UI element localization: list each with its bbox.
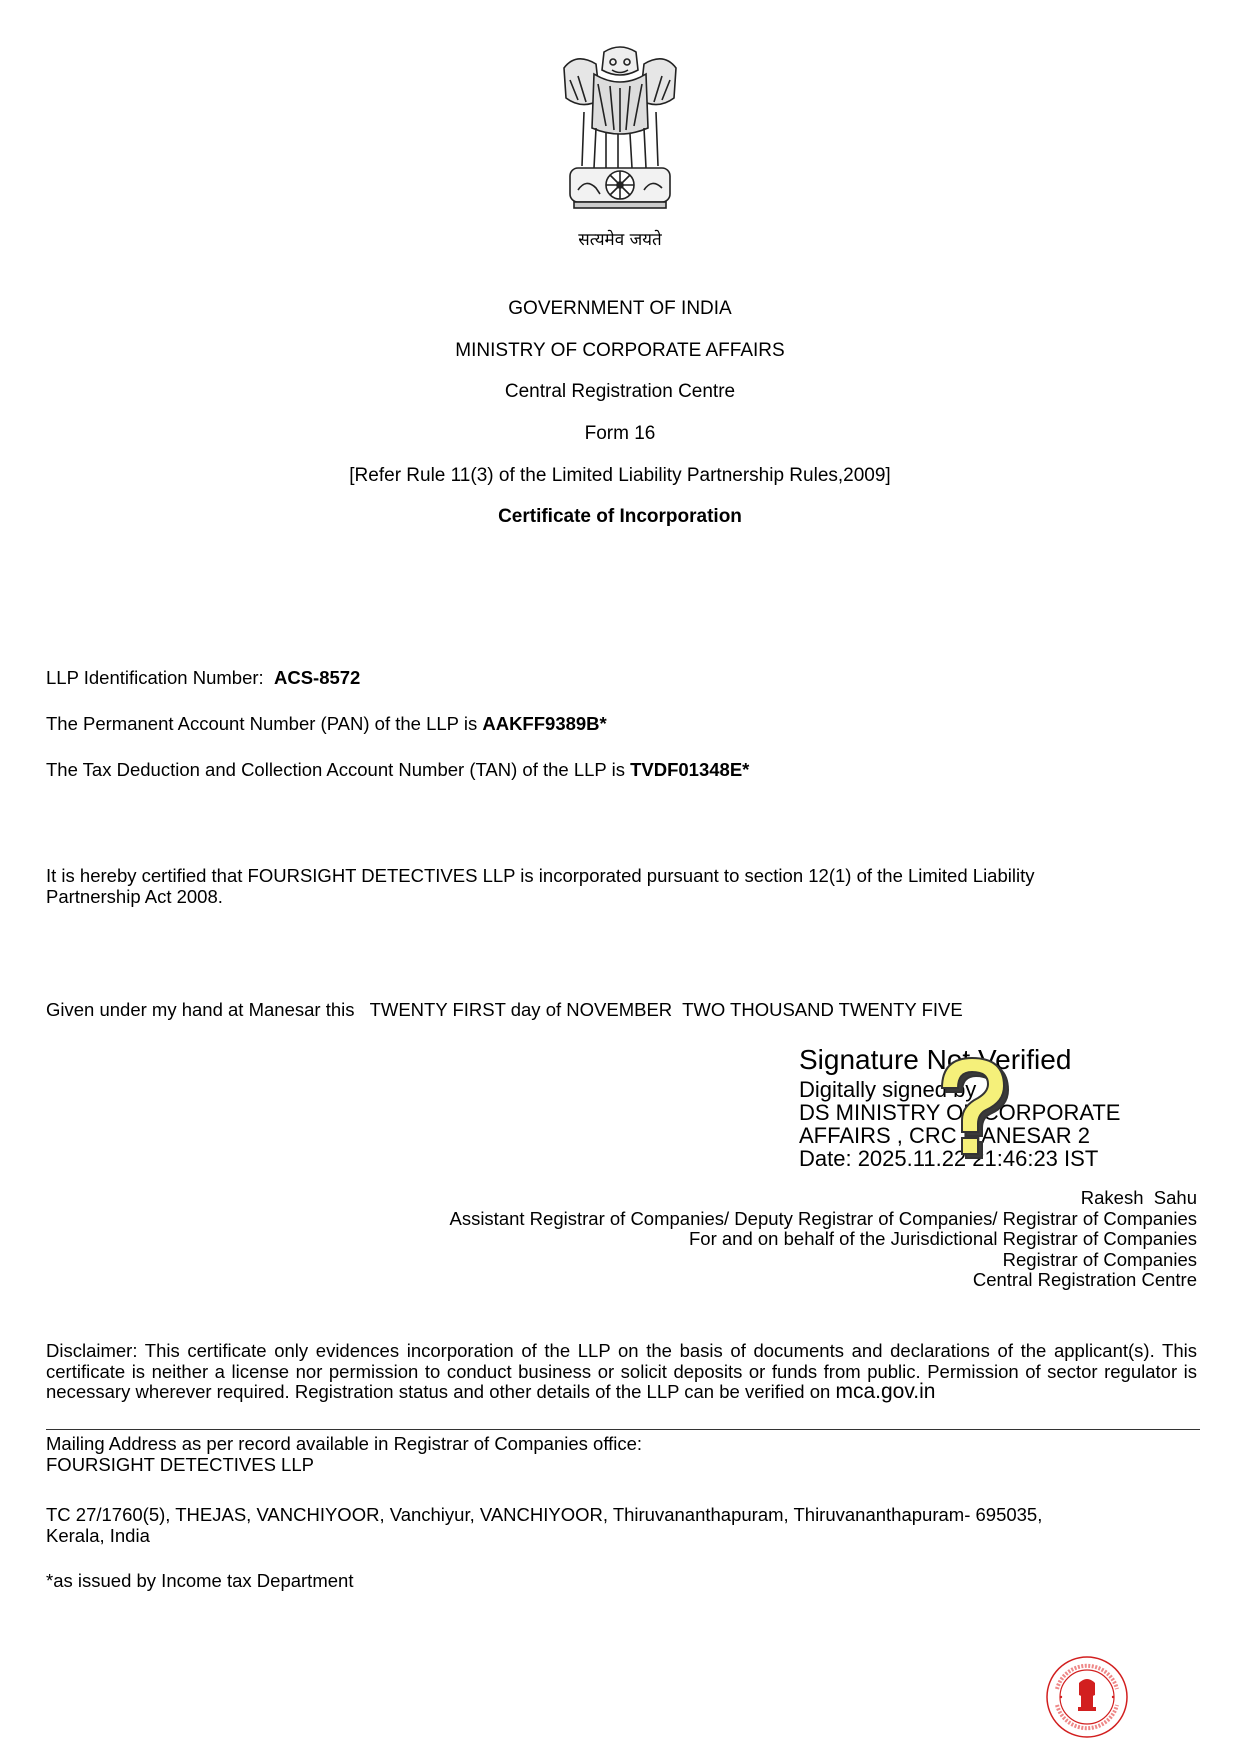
signer-behalf: For and on behalf of the Jurisdictional …	[449, 1229, 1197, 1250]
mailing-address-lines: TC 27/1760(5), THEJAS, VANCHIYOOR, Vanch…	[46, 1505, 1042, 1546]
pan-line: The Permanent Account Number (PAN) of th…	[46, 713, 607, 734]
pan-value: AAKFF9389B*	[482, 713, 606, 734]
signer-designation: Assistant Registrar of Companies/ Deputy…	[449, 1209, 1197, 1230]
signer-centre: Central Registration Centre	[449, 1270, 1197, 1291]
certificate-title: Certificate of Incorporation	[0, 506, 1240, 528]
certification-statement: It is hereby certified that FOURSIGHT DE…	[46, 865, 1034, 907]
address-line-1: TC 27/1760(5), THEJAS, VANCHIYOOR, Vanch…	[46, 1505, 1042, 1526]
signer-office: Registrar of Companies	[449, 1250, 1197, 1271]
header-rule-reference: [Refer Rule 11(3) of the Limited Liabili…	[0, 465, 1240, 487]
question-mark-icon	[922, 1050, 1022, 1168]
llpin-value: ACS-8572	[274, 667, 360, 688]
national-emblem-icon	[556, 40, 684, 220]
llpin-line: LLP Identification Number: ACS-8572	[46, 667, 360, 688]
certification-line-2: Partnership Act 2008.	[46, 886, 1034, 907]
mailing-label: Mailing Address as per record available …	[46, 1434, 642, 1455]
pan-label: The Permanent Account Number (PAN) of th…	[46, 713, 477, 734]
header-ministry: MINISTRY OF CORPORATE AFFAIRS	[0, 340, 1240, 362]
mca-link[interactable]: mca.gov.in	[835, 1380, 935, 1403]
given-under-line: Given under my hand at Manesar this TWEN…	[46, 999, 963, 1020]
tan-line: The Tax Deduction and Collection Account…	[46, 759, 749, 780]
signer-name: Rakesh Sahu	[449, 1188, 1197, 1209]
disclaimer: Disclaimer: This certificate only eviden…	[46, 1341, 1197, 1403]
emblem-motto: सत्यमेव जयते	[556, 227, 684, 250]
mailing-address: Mailing Address as per record available …	[46, 1434, 642, 1475]
header-form: Form 16	[0, 423, 1240, 445]
mca-seal	[1045, 1655, 1129, 1739]
llpin-label: LLP Identification Number:	[46, 667, 264, 688]
header-government: GOVERNMENT OF INDIA	[0, 298, 1240, 320]
disclaimer-text: Disclaimer: This certificate only eviden…	[46, 1340, 1197, 1402]
tan-value: TVDF01348E*	[630, 759, 749, 780]
mailing-name: FOURSIGHT DETECTIVES LLP	[46, 1455, 642, 1476]
address-line-2: Kerala, India	[46, 1526, 1042, 1547]
footnote: *as issued by Income tax Department	[46, 1570, 353, 1591]
national-emblem: सत्यमेव जयते	[556, 40, 684, 250]
tan-label: The Tax Deduction and Collection Account…	[46, 759, 625, 780]
signer-details: Rakesh Sahu Assistant Registrar of Compa…	[449, 1188, 1197, 1291]
mca-seal-icon	[1045, 1655, 1129, 1739]
divider	[46, 1429, 1200, 1430]
certification-line-1: It is hereby certified that FOURSIGHT DE…	[46, 865, 1034, 886]
header-centre: Central Registration Centre	[0, 381, 1240, 403]
